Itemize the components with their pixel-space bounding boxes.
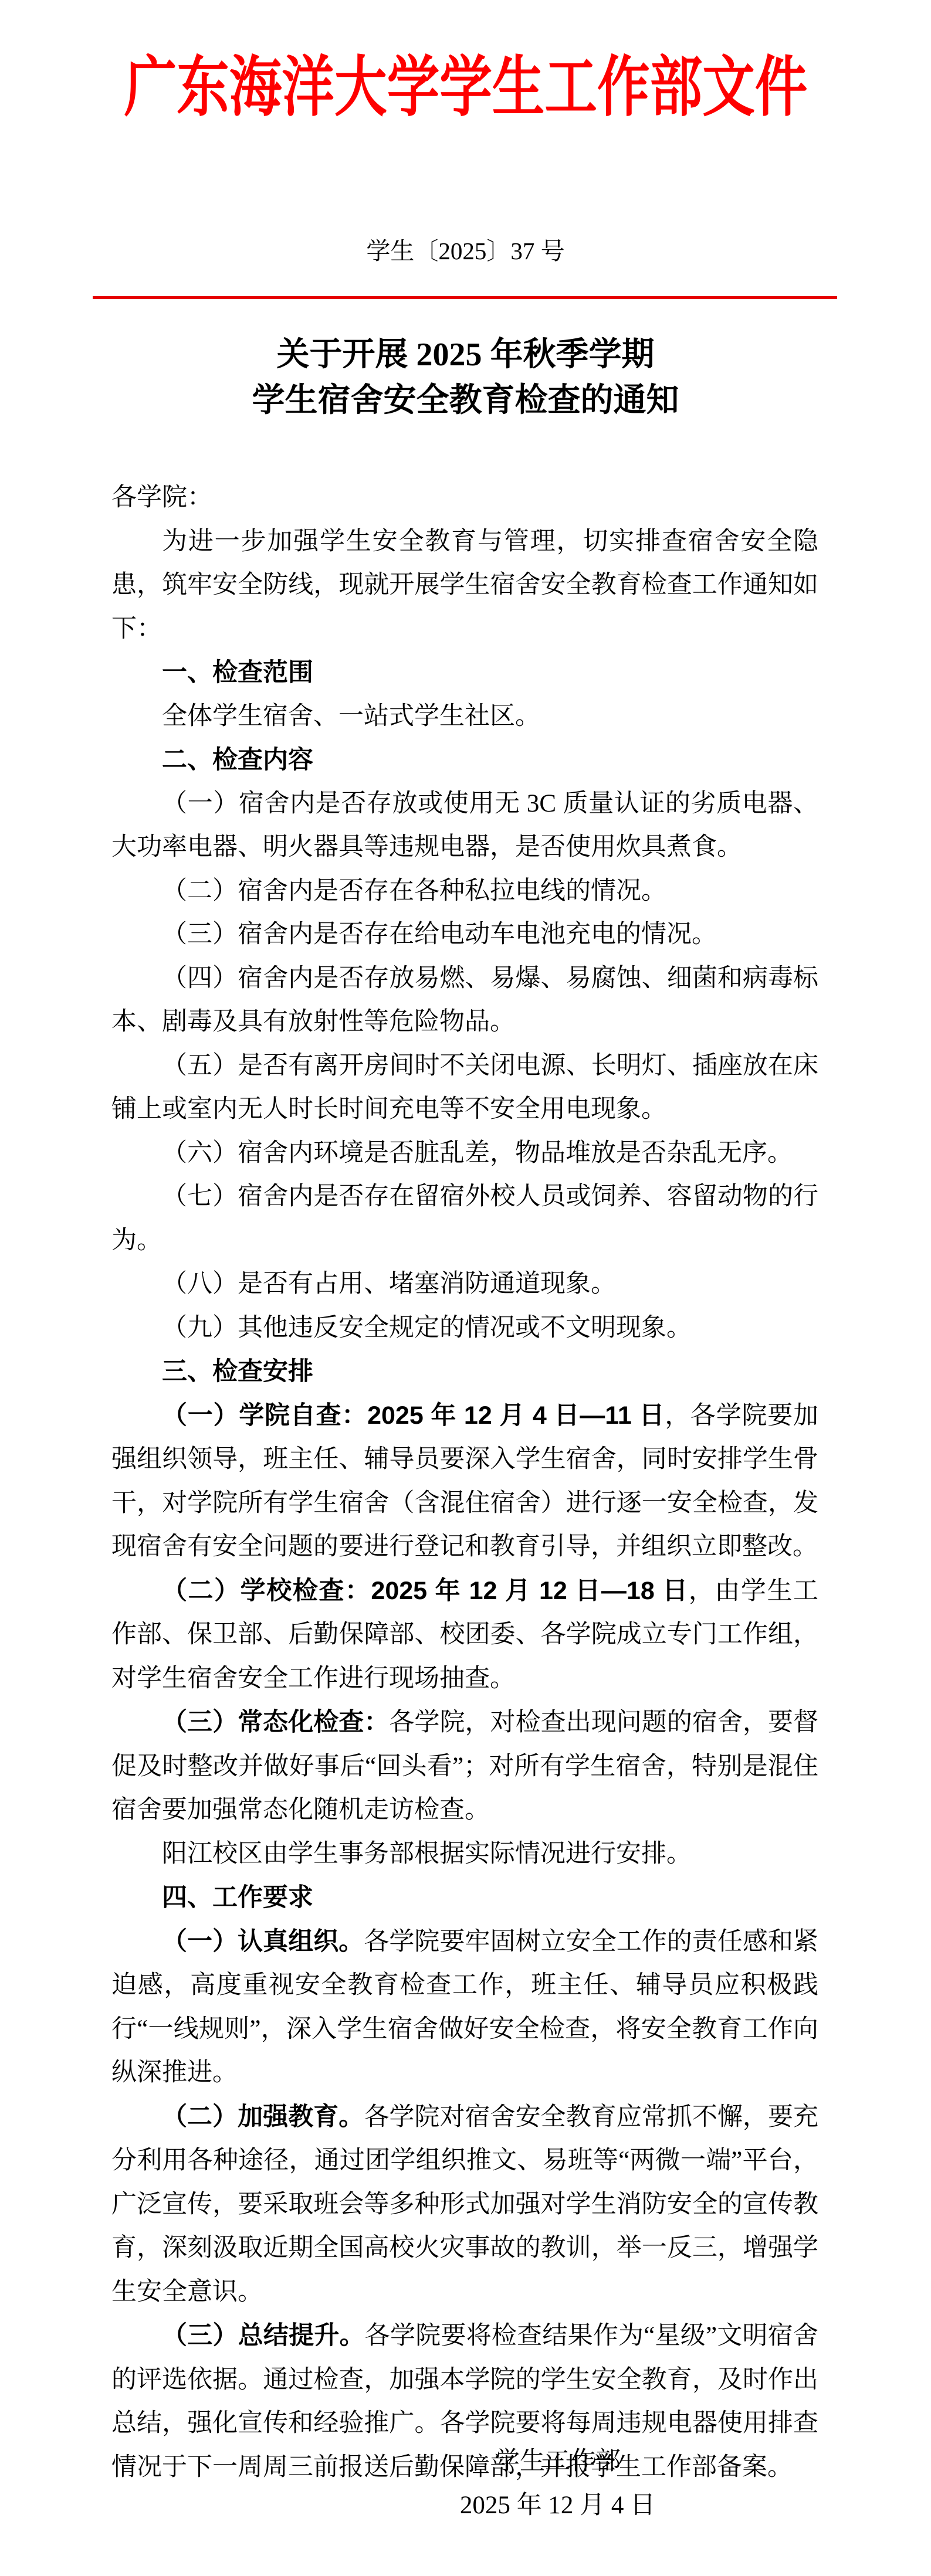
paragraph: 全体学生宿舍、一站式学生社区。 [111,695,818,739]
text-run: （七）宿舍内是否存在留宿外校人员或饲养、容留动物的行为。 [111,1183,818,1254]
bold-text-run: （三）常态化检查： [162,1708,389,1736]
signature-department: 学生工作部 [184,2439,931,2483]
document-header: 广东海洋大学学生工作部文件 [0,54,931,123]
text-run: （三）宿舍内是否存在给电动车电池充电的情况。 [162,921,717,948]
salutation: 各学院： [111,476,818,520]
bold-text-run: （二）学校检查：2025 年 12 月 12 日—18 日 [162,1577,689,1605]
bold-text-run: 四、工作要求 [162,1883,313,1912]
text-run: （九）其他违反安全规定的情况或不文明现象。 [162,1314,692,1342]
bold-text-run: （一）认真组织。 [162,1927,364,1956]
bold-text-run: 一、检查范围 [162,659,313,687]
notice-title-line-2: 学生宿舍安全教育检查的通知 [0,378,931,423]
bold-text-run: 二、检查内容 [162,746,313,774]
text-run: （八）是否有占用、堵塞消防通道现象。 [162,1270,616,1298]
notice-title-line-1: 关于开展 2025 年秋季学期 [0,332,931,378]
paragraph: （二）加强教育。各学院对宿舍安全教育应常抓不懈，要充分利用各种途径，通过团学组织… [111,2095,818,2314]
bold-text-run: （三）总结提升。 [162,2322,365,2350]
paragraph: （一）学院自查：2025 年 12 月 4 日—11 日，各学院要加强组织领导，… [111,1394,818,1569]
paragraph: （四）宿舍内是否存放易燃、易爆、易腐蚀、细菌和病毒标本、剧毒及具有放射性等危险物… [111,957,818,1044]
text-run: （一）宿舍内是否存放或使用无 3C 质量认证的劣质电器、大功率电器、明火器具等违… [111,790,818,861]
text-run: （六）宿舍内环境是否脏乱差，物品堆放是否杂乱无序。 [162,1139,793,1167]
official-document-page: 广东海洋大学学生工作部文件 学生〔2025〕37 号 关于开展 2025 年秋季… [0,0,931,2576]
text-run: 为进一步加强学生安全教育与管理，切实排查宿舍安全隐患，筑牢安全防线，现就开展学生… [111,528,818,643]
doc-number: 学生〔2025〕37 号 [0,238,931,264]
paragraph: （三）常态化检查：各学院，对检查出现问题的宿舍，要督促及时整改并做好事后“回头看… [111,1701,818,1832]
text-run: 阳江校区由学生事务部根据实际情况进行安排。 [162,1840,692,1868]
bold-text-run: （一）学院自查：2025 年 12 月 4 日—11 日 [162,1401,665,1430]
text-run: （二）宿舍内是否存在各种私拉电线的情况。 [162,877,666,905]
text-run: 全体学生宿舍、一站式学生社区。 [162,702,540,730]
signature-date: 2025 年 12 月 4 日 [184,2483,931,2527]
text-run: （四）宿舍内是否存放易燃、易爆、易腐蚀、细菌和病毒标本、剧毒及具有放射性等危险物… [111,965,818,1036]
paragraph: （五）是否有离开房间时不关闭电源、长明灯、插座放在床铺上或室内无人时长时间充电等… [111,1044,818,1132]
org-title: 广东海洋大学学生工作部文件 [124,54,807,123]
paragraph: （六）宿舍内环境是否脏乱差，物品堆放是否杂乱无序。 [111,1132,818,1176]
red-divider-line [93,296,837,299]
section-heading: 三、检查安排 [111,1350,818,1394]
paragraph: （一）宿舍内是否存放或使用无 3C 质量认证的劣质电器、大功率电器、明火器具等违… [111,782,818,870]
paragraph: （一）认真组织。各学院要牢固树立安全工作的责任感和紧迫感，高度重视安全教育检查工… [111,1920,818,2095]
paragraph: 阳江校区由学生事务部根据实际情况进行安排。 [111,1832,818,1876]
text-run: （五）是否有离开房间时不关闭电源、长明灯、插座放在床铺上或室内无人时长时间充电等… [111,1052,818,1124]
text-run: 各学院对宿舍安全教育应常抓不懈，要充分利用各种途径，通过团学组织推文、易班等“两… [111,2103,818,2306]
paragraph: （二）宿舍内是否存在各种私拉电线的情况。 [111,870,818,914]
section-heading: 四、工作要求 [111,1876,818,1920]
paragraph: 为进一步加强学生安全教育与管理，切实排查宿舍安全隐患，筑牢安全防线，现就开展学生… [111,520,818,651]
bold-text-run: （二）加强教育。 [162,2103,364,2131]
paragraph: （七）宿舍内是否存在留宿外校人员或饲养、容留动物的行为。 [111,1175,818,1262]
notice-title: 关于开展 2025 年秋季学期 学生宿舍安全教育检查的通知 [0,332,931,423]
bold-text-run: 三、检查安排 [162,1357,313,1386]
paragraph: （八）是否有占用、堵塞消防通道现象。 [111,1262,818,1306]
paragraph: （九）其他违反安全规定的情况或不文明现象。 [111,1306,818,1350]
signature-block: 学生工作部 2025 年 12 月 4 日 [0,2439,931,2527]
paragraph: （三）宿舍内是否存在给电动车电池充电的情况。 [111,913,818,957]
section-heading: 二、检查内容 [111,738,818,782]
document-body: 各学院： 为进一步加强学生安全教育与管理，切实排查宿舍安全隐患，筑牢安全防线，现… [111,476,818,2489]
paragraph: （二）学校检查：2025 年 12 月 12 日—18 日，由学生工作部、保卫部… [111,1569,818,1701]
section-heading: 一、检查范围 [111,651,818,695]
